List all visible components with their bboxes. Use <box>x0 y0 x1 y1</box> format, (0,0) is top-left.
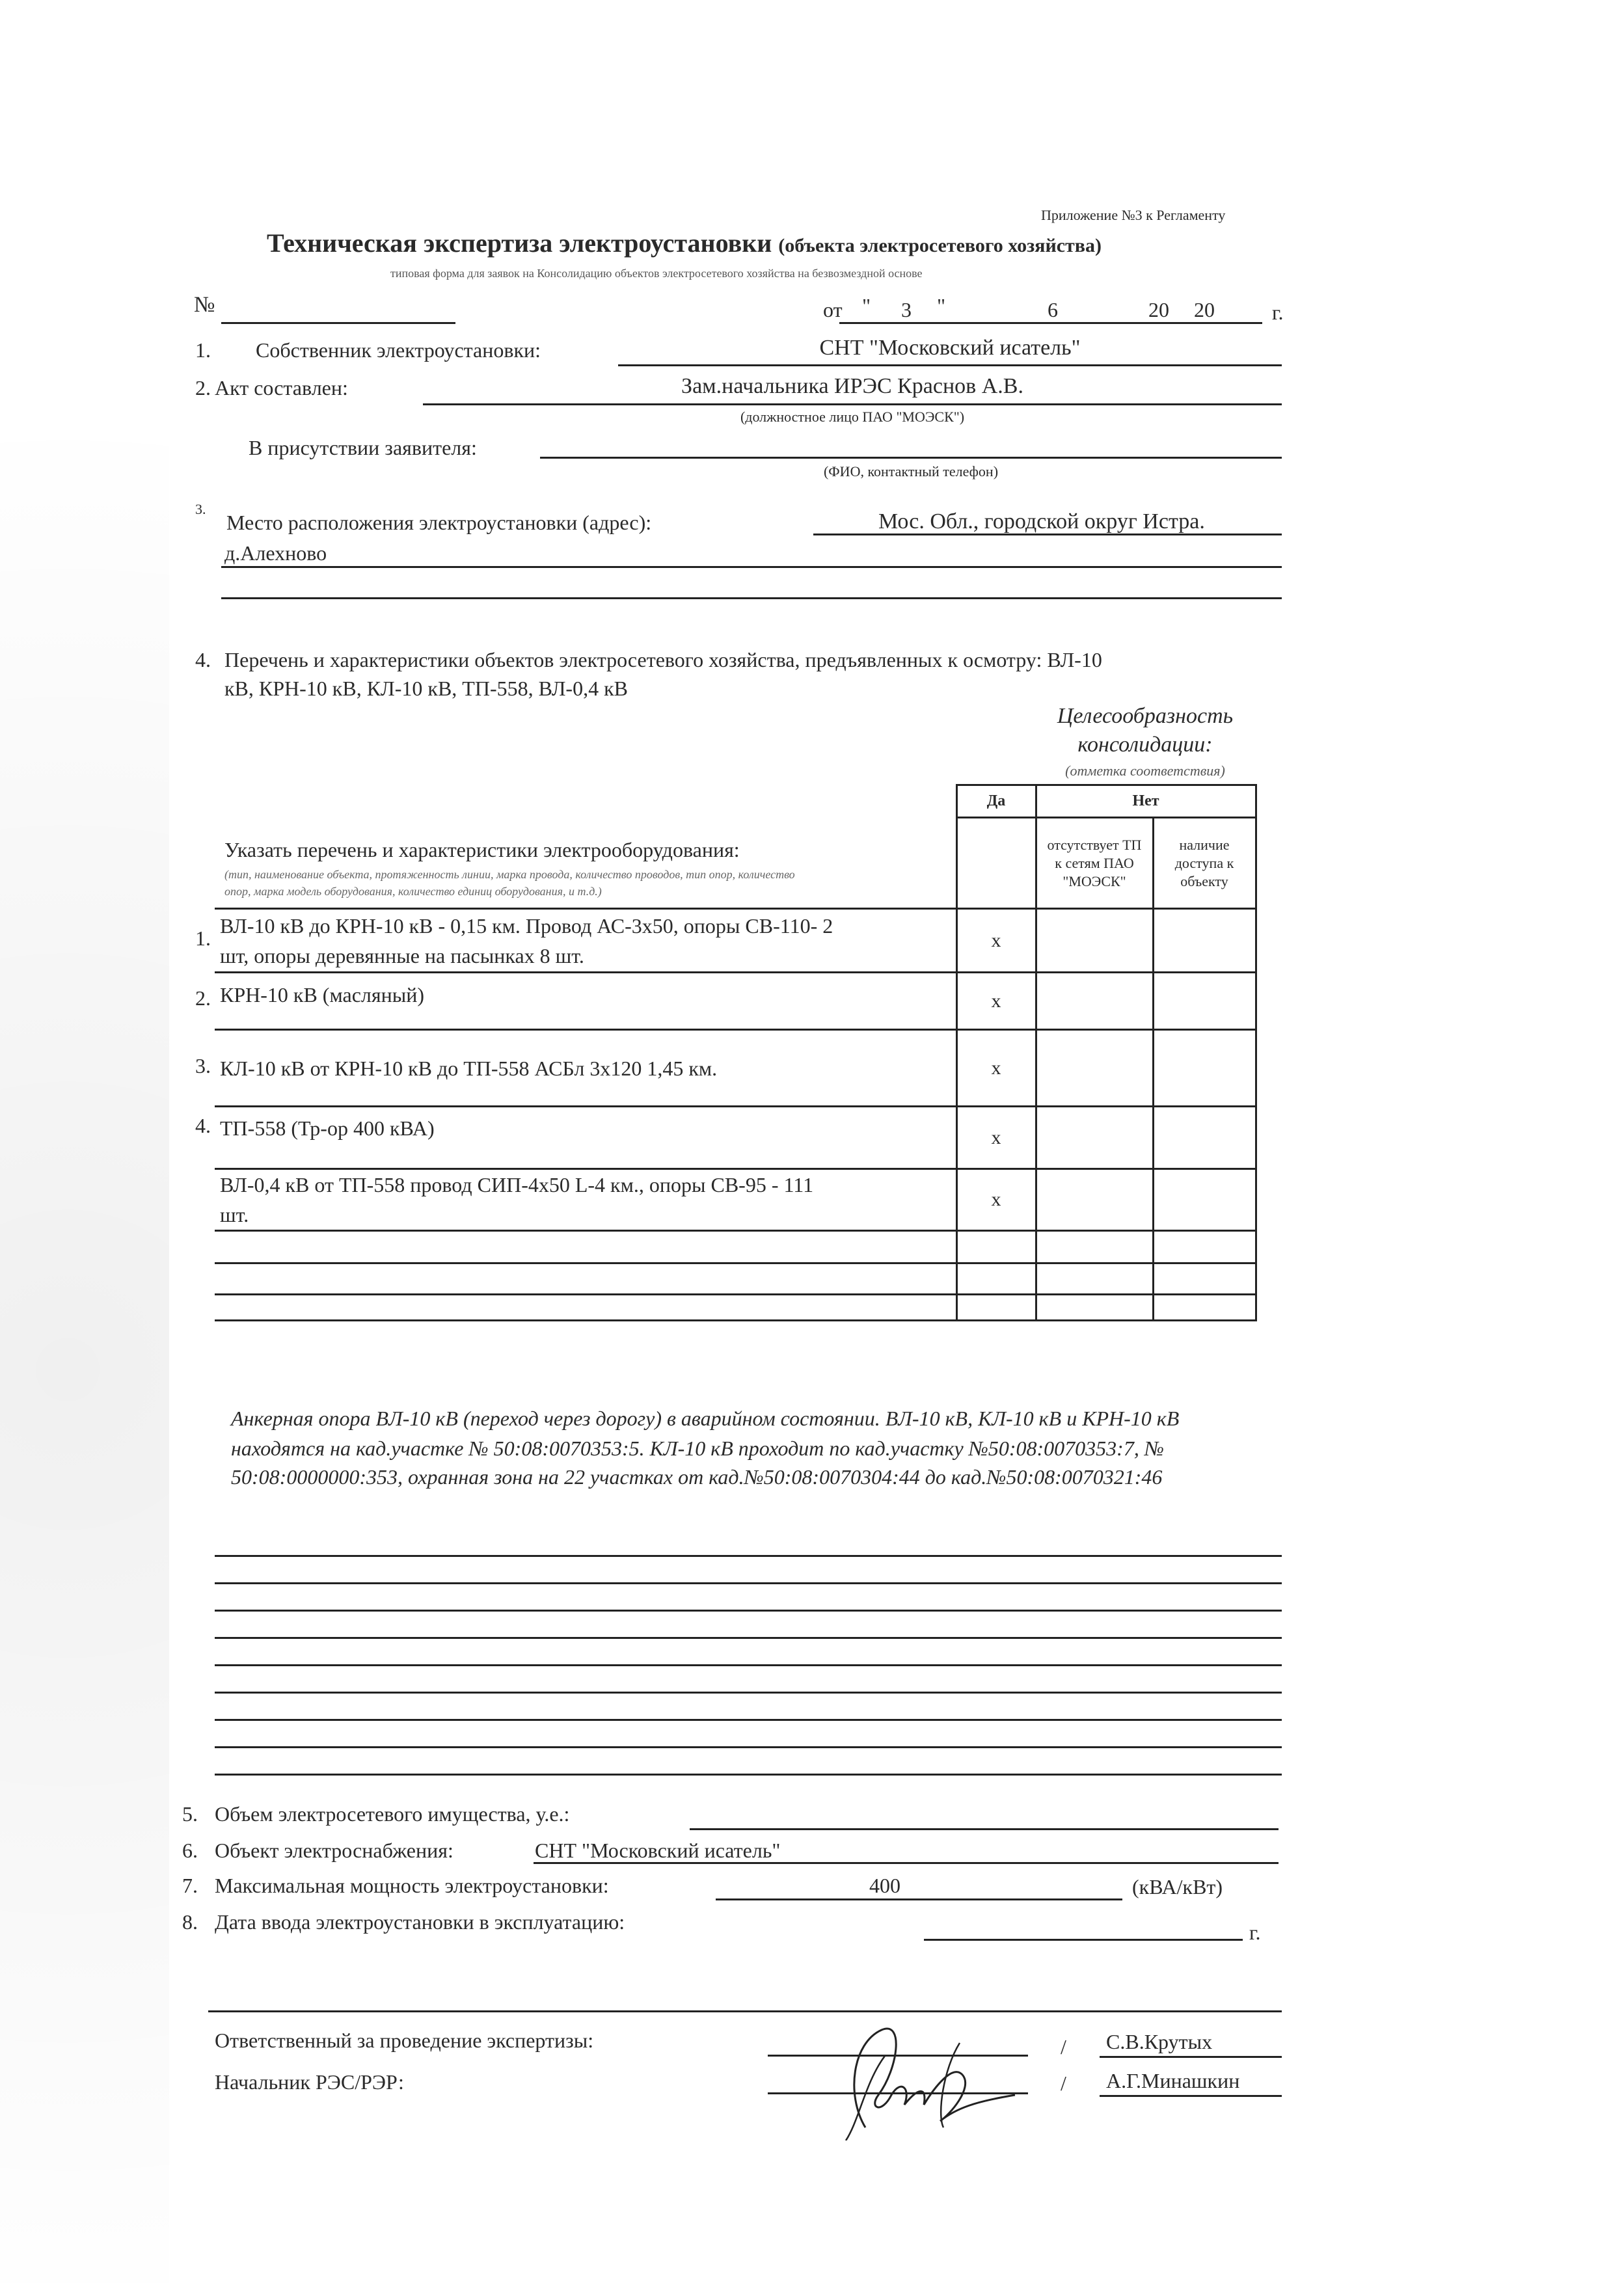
commission-num: 8. <box>182 1910 198 1934</box>
responsible-name: С.В.Крутых <box>1106 2030 1212 2054</box>
location-value-line1[interactable]: Мос. Обл., городской округ Истра. <box>878 509 1205 534</box>
row-num: 1. <box>195 926 211 951</box>
table-row: 4. ТП-558 (Тр-ор 400 кВА) x <box>215 1107 1256 1169</box>
location-num: 3. <box>195 501 206 518</box>
blank-line-5[interactable] <box>215 1664 1282 1666</box>
date-suffix: г. <box>1272 301 1284 325</box>
blank-line-4[interactable] <box>215 1637 1282 1639</box>
row-desc[interactable] <box>215 1295 956 1321</box>
row-no-tp-mark[interactable] <box>1036 1107 1153 1169</box>
max-power-label: Максимальная мощность электроустановки: <box>215 1874 609 1898</box>
chief-label: Начальник РЭС/РЭР: <box>215 2070 404 2094</box>
volume-field[interactable] <box>690 1828 1279 1830</box>
location-label: Место расположения электроустановки (адр… <box>226 511 651 535</box>
responsible-name-underline <box>1100 2056 1282 2058</box>
row-no-access-mark[interactable] <box>1153 973 1256 1030</box>
row-no-tp-mark[interactable] <box>1036 1263 1153 1295</box>
row-yes-mark[interactable] <box>956 1295 1036 1321</box>
blank-line-2[interactable] <box>215 1582 1282 1584</box>
row-no-tp-mark[interactable] <box>1036 973 1153 1030</box>
appendix-note: Приложение №3 к Регламенту <box>1041 207 1225 224</box>
location-value-line2[interactable]: д.Алехново <box>224 541 327 565</box>
scan-noise <box>0 0 169 2283</box>
col-no-access-header: наличие доступа к объекту <box>1153 818 1256 909</box>
act-underline <box>423 403 1282 405</box>
row-yes-mark[interactable] <box>956 1231 1036 1263</box>
chief-name: А.Г.Минашкин <box>1106 2069 1239 2093</box>
commission-suffix: г. <box>1249 1921 1261 1945</box>
equipment-table: Да Нет отсутствует ТП к сетям ПАО "МОЭСК… <box>215 784 1257 1321</box>
table-row <box>215 1263 1256 1295</box>
location-underline-2 <box>221 566 1282 568</box>
row-no-access-mark[interactable] <box>1153 1030 1256 1107</box>
feasibility-title-2: консолидации: <box>976 733 1314 757</box>
max-power-unit: (кВА/кВт) <box>1132 1875 1223 1899</box>
row-no-tp-mark[interactable] <box>1036 1231 1153 1263</box>
row-yes-mark[interactable] <box>956 1263 1036 1295</box>
row-no-access-mark[interactable] <box>1153 1169 1256 1231</box>
commission-label: Дата ввода электроустановки в эксплуатац… <box>215 1910 625 1934</box>
col-no-header: Нет <box>1036 785 1256 818</box>
row-no-access-mark[interactable] <box>1153 1263 1256 1295</box>
date-quote-close: " <box>937 294 945 318</box>
table-row: 2. КРН-10 кВ (масляный) x <box>215 973 1256 1030</box>
supply-underline <box>534 1862 1279 1864</box>
number-label: № <box>194 293 215 317</box>
title-main: Техническая экспертиза электроустановки <box>267 228 772 258</box>
row-desc-line1: КРН-10 кВ (масляный) <box>215 980 956 1010</box>
row-desc[interactable] <box>215 1263 956 1295</box>
table-row: ВЛ-0,4 кВ от ТП-558 провод СИП-4х50 L-4 … <box>215 1169 1256 1231</box>
title-paren: (объекта электросетевого хозяйства) <box>778 235 1102 256</box>
handwritten-signature-icon <box>820 2017 1067 2141</box>
blank-line-6[interactable] <box>215 1692 1282 1694</box>
date-quote-open: " <box>862 294 871 318</box>
feasibility-title-1: Целесообразность <box>976 704 1314 729</box>
row-yes-mark[interactable]: x <box>956 973 1036 1030</box>
chief-name-underline <box>1100 2095 1282 2097</box>
row-desc: ВЛ-0,4 кВ от ТП-558 провод СИП-4х50 L-4 … <box>215 1169 956 1231</box>
objects-text-line2: кВ, КРН-10 кВ, КЛ-10 кВ, ТП-558, ВЛ-0,4 … <box>224 677 628 701</box>
location-underline-3 <box>221 597 1282 599</box>
supply-num: 6. <box>182 1839 198 1863</box>
notes-line2: находятся на кад.участке № 50:08:0070353… <box>231 1437 1164 1461</box>
row-desc-line1: ВЛ-10 кВ до КРН-10 кВ - 0,15 км. Провод … <box>215 911 956 941</box>
table-row <box>215 1295 1256 1321</box>
supply-value[interactable]: СНТ "Московский исатель" <box>535 1839 780 1863</box>
row-num: 2. <box>195 986 211 1010</box>
row-desc-line2: шт. <box>215 1200 956 1230</box>
row-no-access-mark[interactable] <box>1153 909 1256 973</box>
feasibility-hint: (отметка соответствия) <box>976 763 1314 779</box>
presence-label: В присутствии заявителя: <box>249 436 477 460</box>
row-num: 3. <box>195 1054 211 1078</box>
row-num: 4. <box>195 1114 211 1138</box>
notes-line1: Анкерная опора ВЛ-10 кВ (переход через д… <box>231 1407 1179 1431</box>
row-no-tp-mark[interactable] <box>1036 1169 1153 1231</box>
location-underline-1 <box>813 534 1282 535</box>
row-yes-mark[interactable]: x <box>956 1107 1036 1169</box>
blank-line-9[interactable] <box>215 1774 1282 1776</box>
row-desc: 1. ВЛ-10 кВ до КРН-10 кВ - 0,15 км. Пров… <box>215 909 956 973</box>
date-underline <box>839 322 1262 324</box>
table-row: 1. ВЛ-10 кВ до КРН-10 кВ - 0,15 км. Пров… <box>215 909 1256 973</box>
act-label: Акт составлен: <box>215 376 348 400</box>
date-year[interactable]: 20 <box>1194 298 1215 322</box>
date-century: 20 <box>1148 298 1169 322</box>
row-no-access-mark[interactable] <box>1153 1107 1256 1169</box>
volume-label: Объем электросетевого имущества, у.е.: <box>215 1802 569 1826</box>
row-yes-mark[interactable]: x <box>956 1030 1036 1107</box>
row-yes-mark[interactable]: x <box>956 1169 1036 1231</box>
volume-num: 5. <box>182 1802 198 1826</box>
notes-line3: 50:08:0000000:353, охранная зона на 22 у… <box>231 1465 1162 1489</box>
row-no-access-mark[interactable] <box>1153 1231 1256 1263</box>
owner-value[interactable]: СНТ "Московский исатель" <box>618 336 1282 360</box>
table-row <box>215 1231 1256 1263</box>
presence-hint: (ФИО, контактный телефон) <box>540 463 1282 480</box>
act-value[interactable]: Зам.начальника ИРЭС Краснов А.В. <box>423 374 1282 399</box>
col-no-tp-header: отсутствует ТП к сетям ПАО "МОЭСК" <box>1036 818 1153 909</box>
row-no-tp-mark[interactable] <box>1036 1030 1153 1107</box>
number-field[interactable] <box>221 322 455 324</box>
row-no-tp-mark[interactable] <box>1036 1295 1153 1321</box>
supply-label: Объект электроснабжения: <box>215 1839 453 1863</box>
date-day[interactable]: 3 <box>901 298 912 322</box>
row-no-access-mark[interactable] <box>1153 1295 1256 1321</box>
document-title: Техническая экспертиза электроустановки … <box>267 228 1102 258</box>
row-desc: 4. ТП-558 (Тр-ор 400 кВА) <box>215 1107 956 1169</box>
desc-header-cell <box>215 785 956 909</box>
row-desc-line1: ВЛ-0,4 кВ от ТП-558 провод СИП-4х50 L-4 … <box>215 1170 956 1200</box>
row-desc: 2. КРН-10 кВ (масляный) <box>215 973 956 1030</box>
owner-num: 1. <box>195 338 211 362</box>
date-prefix: от <box>823 298 843 322</box>
blank-line-7[interactable] <box>215 1719 1282 1721</box>
signature-divider <box>208 2010 1282 2012</box>
commission-field[interactable] <box>924 1939 1243 1941</box>
max-power-value[interactable]: 400 <box>716 1874 1054 1898</box>
blank-line-1[interactable] <box>215 1555 1282 1557</box>
row-yes-mark[interactable]: x <box>956 909 1036 973</box>
row-no-tp-mark[interactable] <box>1036 909 1153 973</box>
blank-line-8[interactable] <box>215 1746 1282 1748</box>
document-subtitle: типовая форма для заявок на Консолидацию… <box>390 267 923 280</box>
presence-field[interactable] <box>540 457 1282 459</box>
max-power-num: 7. <box>182 1874 198 1898</box>
col-yes-sub <box>956 818 1036 909</box>
owner-underline <box>618 364 1282 366</box>
row-desc-line1: ТП-558 (Тр-ор 400 кВА) <box>215 1113 956 1143</box>
row-desc-line1: КЛ-10 кВ от КРН-10 кВ до ТП-558 АСБл 3х1… <box>215 1053 956 1083</box>
owner-label: Собственник электроустановки: <box>256 338 541 362</box>
responsible-label: Ответственный за проведение экспертизы: <box>215 2029 593 2053</box>
row-desc[interactable] <box>215 1231 956 1263</box>
objects-text-line1: Перечень и характеристики объектов элект… <box>224 648 1102 672</box>
max-power-underline <box>716 1898 1122 1900</box>
objects-num: 4. <box>195 648 211 672</box>
row-desc: 3. КЛ-10 кВ от КРН-10 кВ до ТП-558 АСБл … <box>215 1030 956 1107</box>
col-yes-header: Да <box>956 785 1036 818</box>
table-row: 3. КЛ-10 кВ от КРН-10 кВ до ТП-558 АСБл … <box>215 1030 1256 1107</box>
blank-line-3[interactable] <box>215 1610 1282 1612</box>
act-num: 2. <box>195 376 211 400</box>
date-month[interactable]: 6 <box>1048 298 1058 322</box>
row-desc-line2: шт, опоры деревянные на пасынках 8 шт. <box>215 941 956 971</box>
act-hint: (должностное лицо ПАО "МОЭСК") <box>423 409 1282 426</box>
